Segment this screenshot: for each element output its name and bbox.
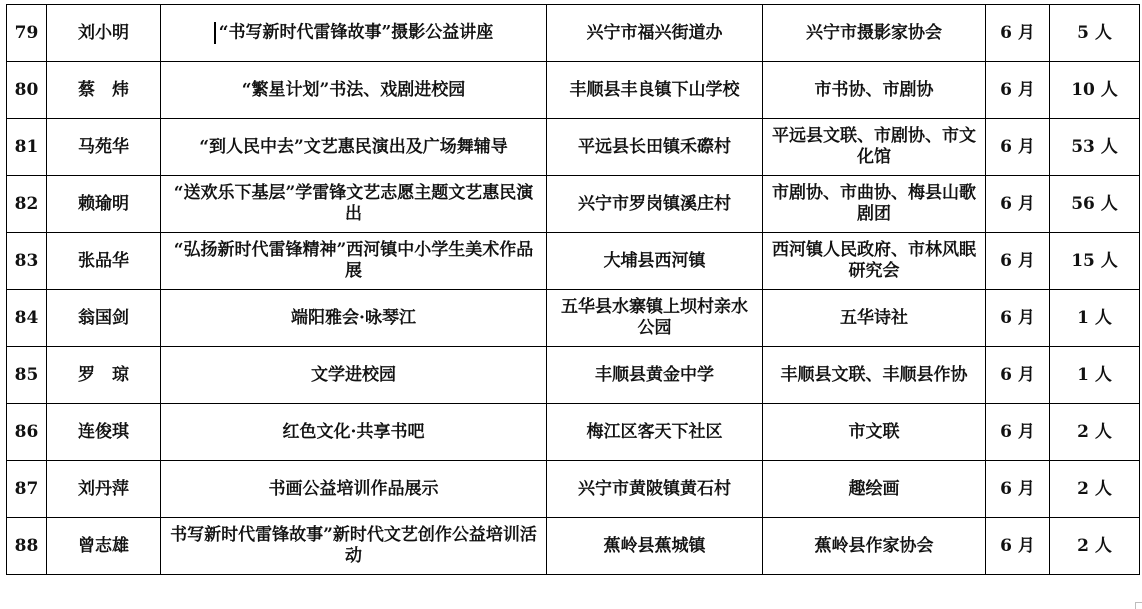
person-name: 曾志雄 bbox=[47, 518, 161, 575]
row-number: 86 bbox=[7, 404, 47, 461]
month: 6 月 bbox=[986, 233, 1050, 290]
activity-location: 兴宁市福兴街道办 bbox=[547, 5, 763, 62]
activity-location: 大埔县西河镇 bbox=[547, 233, 763, 290]
participant-count: 1 人 bbox=[1050, 347, 1140, 404]
table-row: 80 蔡 炜 “繁星计划”书法、戏剧进校园 丰顺县丰良镇下山学校 市书协、市剧协… bbox=[7, 62, 1140, 119]
participant-count: 1 人 bbox=[1050, 290, 1140, 347]
table-row: 85 罗 琼 文学进校园 丰顺县黄金中学 丰顺县文联、丰顺县作协 6 月 1 人 bbox=[7, 347, 1140, 404]
month: 6 月 bbox=[986, 5, 1050, 62]
person-name: 赖瑜明 bbox=[47, 176, 161, 233]
month: 6 月 bbox=[986, 119, 1050, 176]
table-row: 86 连俊琪 红色文化·共享书吧 梅江区客天下社区 市文联 6 月 2 人 bbox=[7, 404, 1140, 461]
activity-name: 书画公益培训作品展示 bbox=[161, 461, 547, 518]
person-name: 刘丹萍 bbox=[47, 461, 161, 518]
participant-count: 56 人 bbox=[1050, 176, 1140, 233]
activity-name: 书写新时代雷锋故事”新时代文艺创作公益培训活动 bbox=[161, 518, 547, 575]
activity-location: 蕉岭县蕉城镇 bbox=[547, 518, 763, 575]
row-number: 80 bbox=[7, 62, 47, 119]
person-name: 翁国剑 bbox=[47, 290, 161, 347]
activity-name: 文学进校园 bbox=[161, 347, 547, 404]
page-corner-mark bbox=[1135, 602, 1142, 609]
month: 6 月 bbox=[986, 62, 1050, 119]
organizer: 市书协、市剧协 bbox=[763, 62, 986, 119]
table-row: 88 曾志雄 书写新时代雷锋故事”新时代文艺创作公益培训活动 蕉岭县蕉城镇 蕉岭… bbox=[7, 518, 1140, 575]
organizer: 西河镇人民政府、市林风眠研究会 bbox=[763, 233, 986, 290]
activity-name: “到人民中去”文艺惠民演出及广场舞辅导 bbox=[161, 119, 547, 176]
person-name: 罗 琼 bbox=[47, 347, 161, 404]
row-number: 87 bbox=[7, 461, 47, 518]
person-name: 马苑华 bbox=[47, 119, 161, 176]
organizer: 蕉岭县作家协会 bbox=[763, 518, 986, 575]
row-number: 85 bbox=[7, 347, 47, 404]
person-name: 张品华 bbox=[47, 233, 161, 290]
document-table-container: 79 刘小明 “书写新时代雷锋故事”摄影公益讲座 兴宁市福兴街道办 兴宁市摄影家… bbox=[6, 4, 1140, 575]
month: 6 月 bbox=[986, 518, 1050, 575]
table-row: 84 翁国剑 端阳雅会·咏琴江 五华县水寨镇上坝村亲水公园 五华诗社 6 月 1… bbox=[7, 290, 1140, 347]
table-row: 83 张品华 “弘扬新时代雷锋精神”西河镇中小学生美术作品展 大埔县西河镇 西河… bbox=[7, 233, 1140, 290]
participant-count: 2 人 bbox=[1050, 518, 1140, 575]
person-name: 连俊琪 bbox=[47, 404, 161, 461]
month: 6 月 bbox=[986, 461, 1050, 518]
organizer: 趣绘画 bbox=[763, 461, 986, 518]
person-name: 刘小明 bbox=[47, 5, 161, 62]
organizer: 兴宁市摄影家协会 bbox=[763, 5, 986, 62]
row-number: 84 bbox=[7, 290, 47, 347]
table-row: 87 刘丹萍 书画公益培训作品展示 兴宁市黄陂镇黄石村 趣绘画 6 月 2 人 bbox=[7, 461, 1140, 518]
activity-location: 兴宁市罗岗镇溪庄村 bbox=[547, 176, 763, 233]
month: 6 月 bbox=[986, 176, 1050, 233]
row-number: 82 bbox=[7, 176, 47, 233]
table-row: 81 马苑华 “到人民中去”文艺惠民演出及广场舞辅导 平远县长田镇禾磜村 平远县… bbox=[7, 119, 1140, 176]
activity-name: “送欢乐下基层”学雷锋文艺志愿主题文艺惠民演出 bbox=[161, 176, 547, 233]
participant-count: 10 人 bbox=[1050, 62, 1140, 119]
month: 6 月 bbox=[986, 404, 1050, 461]
row-number: 79 bbox=[7, 5, 47, 62]
activity-location: 平远县长田镇禾磜村 bbox=[547, 119, 763, 176]
activity-location: 丰顺县黄金中学 bbox=[547, 347, 763, 404]
participant-count: 2 人 bbox=[1050, 461, 1140, 518]
text-cursor bbox=[214, 22, 216, 44]
activity-location: 梅江区客天下社区 bbox=[547, 404, 763, 461]
month: 6 月 bbox=[986, 290, 1050, 347]
activity-name: 红色文化·共享书吧 bbox=[161, 404, 547, 461]
person-name: 蔡 炜 bbox=[47, 62, 161, 119]
activity-name: “繁星计划”书法、戏剧进校园 bbox=[161, 62, 547, 119]
organizer: 五华诗社 bbox=[763, 290, 986, 347]
row-number: 88 bbox=[7, 518, 47, 575]
activity-name: “书写新时代雷锋故事”摄影公益讲座 bbox=[161, 5, 547, 62]
table-row: 82 赖瑜明 “送欢乐下基层”学雷锋文艺志愿主题文艺惠民演出 兴宁市罗岗镇溪庄村… bbox=[7, 176, 1140, 233]
organizer: 市文联 bbox=[763, 404, 986, 461]
organizer: 市剧协、市曲协、梅县山歌剧团 bbox=[763, 176, 986, 233]
participant-count: 2 人 bbox=[1050, 404, 1140, 461]
activity-location: 兴宁市黄陂镇黄石村 bbox=[547, 461, 763, 518]
organizer: 平远县文联、市剧协、市文化馆 bbox=[763, 119, 986, 176]
activity-location: 丰顺县丰良镇下山学校 bbox=[547, 62, 763, 119]
month: 6 月 bbox=[986, 347, 1050, 404]
participant-count: 5 人 bbox=[1050, 5, 1140, 62]
table-row: 79 刘小明 “书写新时代雷锋故事”摄影公益讲座 兴宁市福兴街道办 兴宁市摄影家… bbox=[7, 5, 1140, 62]
activity-name: 端阳雅会·咏琴江 bbox=[161, 290, 547, 347]
activity-text: “书写新时代雷锋故事”摄影公益讲座 bbox=[219, 23, 494, 43]
organizer: 丰顺县文联、丰顺县作协 bbox=[763, 347, 986, 404]
row-number: 83 bbox=[7, 233, 47, 290]
participant-count: 53 人 bbox=[1050, 119, 1140, 176]
participant-count: 15 人 bbox=[1050, 233, 1140, 290]
activity-location: 五华县水寨镇上坝村亲水公园 bbox=[547, 290, 763, 347]
row-number: 81 bbox=[7, 119, 47, 176]
activity-table: 79 刘小明 “书写新时代雷锋故事”摄影公益讲座 兴宁市福兴街道办 兴宁市摄影家… bbox=[6, 4, 1140, 575]
activity-name: “弘扬新时代雷锋精神”西河镇中小学生美术作品展 bbox=[161, 233, 547, 290]
